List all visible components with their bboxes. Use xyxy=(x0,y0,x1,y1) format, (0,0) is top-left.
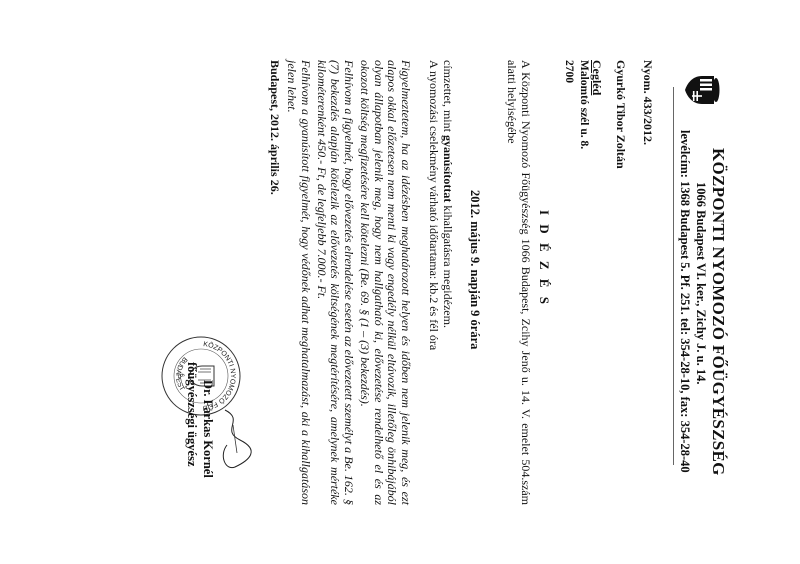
document-page: KÖZPONTI NYOMOZÓ FŐÜGYÉSZSÉG 1066 Budape… xyxy=(0,0,800,564)
invitation-role: gyanúsítottat xyxy=(441,135,455,202)
recipient-city: Cegléd xyxy=(589,60,604,95)
recipient-zip: 2700 xyxy=(563,60,575,83)
institution-postal-contact: levélcím: 1368 Budapest 5. Pf. 251. tel:… xyxy=(677,130,692,473)
signatory-role: főügyészségi ügyész xyxy=(184,362,199,467)
institution-title: KÖZPONTI NYOMOZÓ FŐÜGYÉSZSÉG xyxy=(708,148,728,476)
invitation-paragraph: címzettet, mint gyanúsítottat kihallgatá… xyxy=(441,60,455,505)
warning-paragraph-3: Felhívom a gyanúsított figyelmét, hogy v… xyxy=(285,60,312,505)
reference-number: Nyom. 433/2012. xyxy=(640,60,655,145)
location-paragraph: A Központi Nyomozó Főügyészség 1066 Buda… xyxy=(505,60,532,505)
signature-icon xyxy=(215,405,255,475)
warning-paragraph-1: Figyelmeztetem, ha az idézésben meghatár… xyxy=(358,60,412,505)
invitation-suffix: kihallgatásra megidézem. xyxy=(441,202,455,328)
duration-paragraph: A nyomozási cselekmény várható időtartam… xyxy=(427,60,441,505)
institution-address: 1066 Budapest VI. ker., Zichy J. u. 14. xyxy=(693,182,708,384)
invitation-prefix: címzettet, mint xyxy=(441,60,455,135)
signatory-name: Dr. Farkas Kornél xyxy=(200,380,215,478)
warning-paragraph-2: Felhívom a figyelmét, hogy elővezetés el… xyxy=(315,60,356,505)
recipient-name: Gyurkó Tibor Zoltán xyxy=(613,60,628,169)
document-title: I D É Z É S xyxy=(536,210,552,307)
appointment-datetime: 2012. május 9. napján 9 órára xyxy=(467,190,482,349)
coat-of-arms-icon xyxy=(684,72,720,108)
place-and-date: Budapest, 2012. április 26. xyxy=(267,60,282,195)
header-divider xyxy=(673,87,674,465)
recipient-street: Malomtó szél u. 8. xyxy=(578,60,590,149)
